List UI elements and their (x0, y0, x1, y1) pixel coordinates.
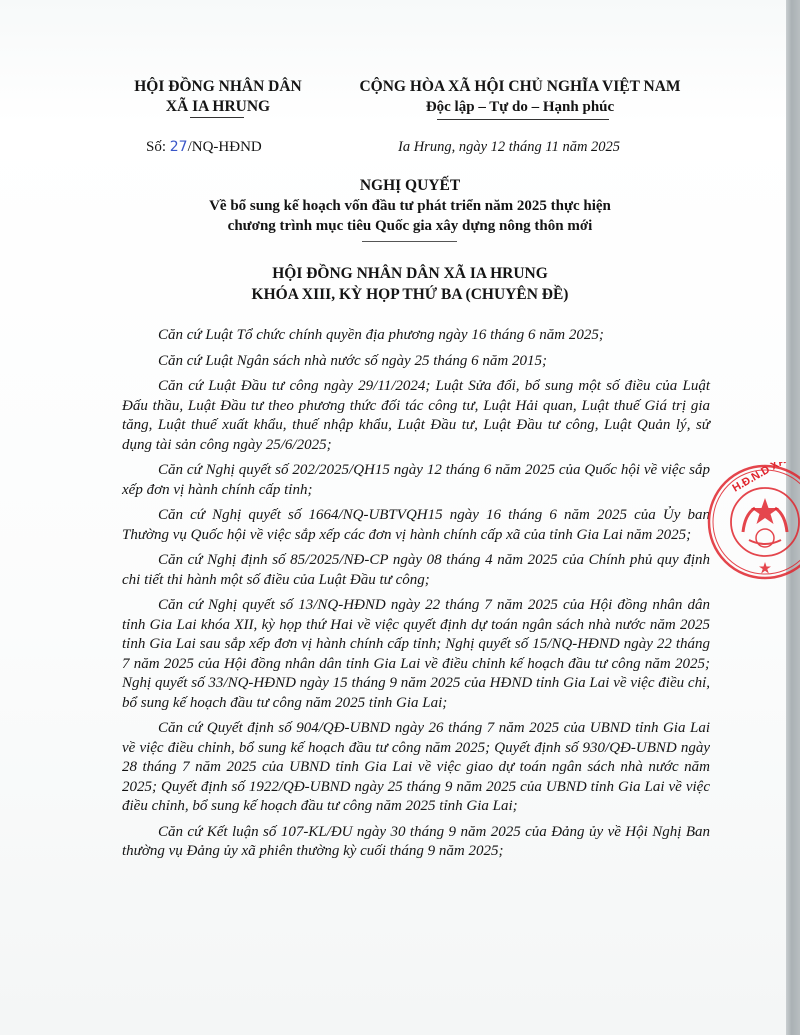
authority-name: HỘI ĐỒNG NHÂN DÂN (118, 77, 318, 97)
basis-paragraph: Căn cứ Nghị quyết số 13/NQ-HĐND ngày 22 … (122, 596, 710, 713)
issuing-authority: HỘI ĐỒNG NHÂN DÂN XÃ IA HRUNG (118, 77, 318, 117)
basis-paragraph: Căn cứ Quyết định số 904/QĐ-UBND ngày 26… (122, 719, 710, 817)
council-name: HỘI ĐỒNG NHÂN DÂN XÃ IA HRUNG (130, 263, 690, 284)
star-icon (751, 498, 779, 524)
national-header: CỘNG HÒA XÃ HỘI CHỦ NGHĨA VIỆT NAM Độc l… (330, 77, 710, 117)
number-label: Số: (146, 139, 166, 155)
basis-paragraph: Căn cứ Luật Ngân sách nhà nước số ngày 2… (122, 352, 710, 372)
basis-paragraph: Căn cứ Luật Tổ chức chính quyền địa phươ… (122, 326, 710, 346)
basis-paragraph: Căn cứ Nghị quyết số 202/2025/QH15 ngày … (122, 461, 710, 500)
subject-line-1: Về bổ sung kế hoạch vốn đầu tư phát triể… (130, 196, 690, 216)
document-title: NGHỊ QUYẾT Về bổ sung kế hoạch vốn đầu t… (130, 176, 690, 236)
council-session: KHÓA XIII, KỲ HỌP THỨ BA (CHUYÊN ĐỀ) (130, 284, 690, 305)
subject-line-2: chương trình mục tiêu Quốc gia xây dựng … (130, 216, 690, 236)
national-name: CỘNG HÒA XÃ HỘI CHỦ NGHĨA VIỆT NAM (330, 77, 710, 97)
place-and-date: Ia Hrung, ngày 12 tháng 11 năm 2025 (398, 139, 620, 156)
basis-paragraph: Căn cứ Luật Đầu tư công ngày 29/11/2024;… (122, 377, 710, 455)
official-seal-stamp: H.Đ.N.D XÃ IA HRUNG (705, 462, 800, 582)
small-star-icon (759, 562, 771, 574)
basis-paragraph: Căn cứ Nghị quyết số 1664/NQ-UBTVQH15 ng… (122, 506, 710, 545)
authority-commune: XÃ IA HRUNG (118, 97, 318, 117)
authority-underline (190, 117, 244, 118)
number-suffix: /NQ-HĐND (188, 139, 262, 155)
title-underline (362, 241, 457, 242)
national-motto: Độc lập – Tự do – Hạnh phúc (330, 97, 710, 117)
council-heading: HỘI ĐỒNG NHÂN DÂN XÃ IA HRUNG KHÓA XIII,… (130, 263, 690, 305)
document-type: NGHỊ QUYẾT (130, 176, 690, 196)
basis-paragraph: Căn cứ Kết luận số 107-KL/ĐU ngày 30 thá… (122, 823, 710, 862)
svg-text:H.Đ.N.D XÃ IA HRUNG: H.Đ.N.D XÃ IA HRUNG (730, 462, 800, 495)
basis-paragraph: Căn cứ Nghị định số 85/2025/NĐ-CP ngày 0… (122, 551, 710, 590)
legal-basis: Căn cứ Luật Tổ chức chính quyền địa phươ… (122, 326, 710, 868)
handwritten-number: 27 (170, 139, 188, 155)
document-number: Số: 27/NQ-HĐND (146, 139, 262, 156)
motto-underline (437, 119, 609, 120)
